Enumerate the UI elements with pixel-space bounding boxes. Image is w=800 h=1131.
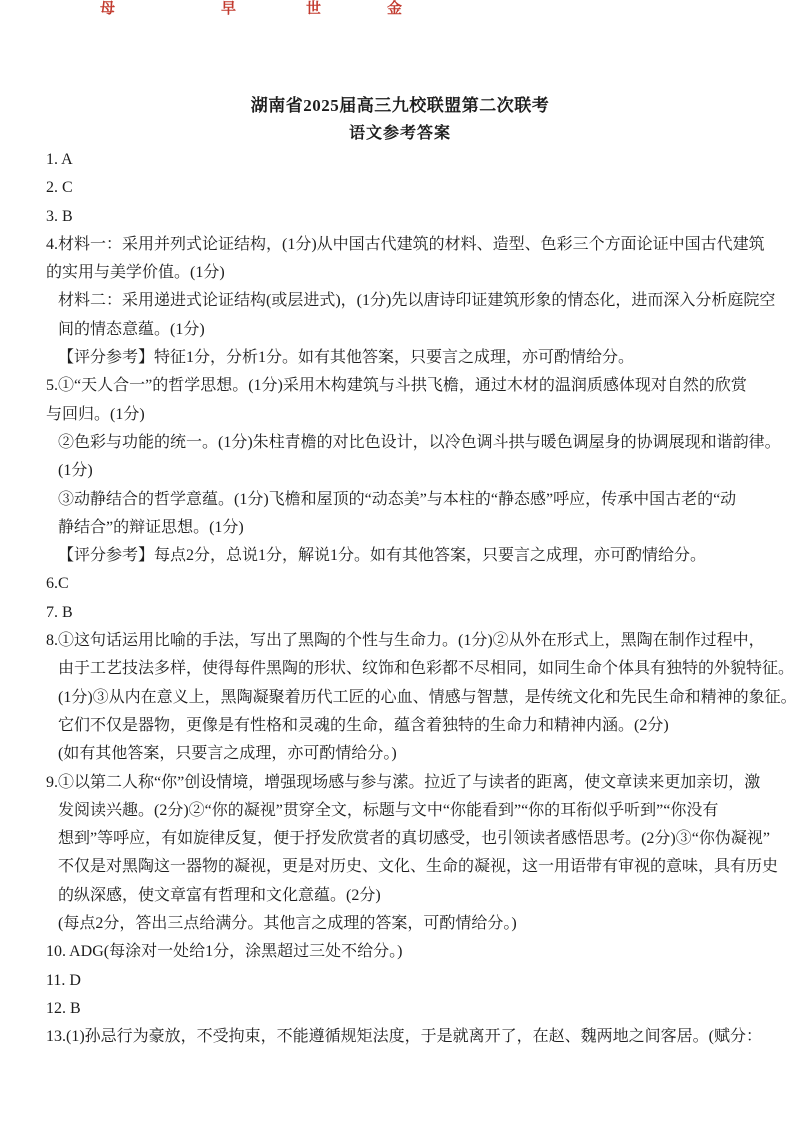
answer-body: 1. A2. C3. B4.材料一：采用并列式论证结构，(1分)从中国古代建筑的… bbox=[0, 146, 800, 1052]
document-page: 母早世金 湖南省2025届高三九校联盟第二次联考 语文参考答案 1. A2. C… bbox=[0, 0, 800, 1131]
answer-line: (1分) bbox=[0, 457, 800, 485]
answer-line: 的纵深感，使文章富有哲理和文化意蕴。(2分) bbox=[0, 882, 800, 910]
answer-line: 8.①这句话运用比喻的手法，写出了黑陶的个性与生命力。(1分)②从外在形式上，黑… bbox=[0, 627, 800, 655]
answer-line: 想到”等呼应，有如旋律反复，便于抒发欣赏者的真切感受，也引领读者感悟思考。(2分… bbox=[0, 825, 800, 853]
document-title: 湖南省2025届高三九校联盟第二次联考 bbox=[0, 93, 800, 119]
answer-line: (每点2分，答出三点给满分。其他言之成理的答案，可酌情给分。) bbox=[0, 910, 800, 938]
answer-line: 静结合”的辩证思想。(1分) bbox=[0, 514, 800, 542]
answer-line: 1. A bbox=[0, 146, 800, 174]
answer-line: 【评分参考】特征1分，分析1分。如有其他答案，只要言之成理，亦可酌情给分。 bbox=[0, 344, 800, 372]
answer-line: 6.C bbox=[0, 570, 800, 598]
answer-line: 的实用与美学价值。(1分) bbox=[0, 259, 800, 287]
answer-line: 4.材料一：采用并列式论证结构，(1分)从中国古代建筑的材料、造型、色彩三个方面… bbox=[0, 231, 800, 259]
answer-line: 间的情态意蕴。(1分) bbox=[0, 316, 800, 344]
answer-line: 13.(1)孙忌行为豪放，不受拘束，不能遵循规矩法度，于是就离开了，在赵、魏两地… bbox=[0, 1023, 800, 1051]
answer-line: 【评分参考】每点2分，总说1分，解说1分。如有其他答案，只要言之成理，亦可酌情给… bbox=[0, 542, 800, 570]
answer-line: 由于工艺技法多样，使得每件黑陶的形状、纹饰和色彩都不尽相同，如同生命个体具有独特… bbox=[0, 655, 800, 683]
document-subtitle: 语文参考答案 bbox=[0, 121, 800, 147]
answer-line: (1分)③从内在意义上，黑陶凝聚着历代工匠的心血、情感与智慧，是传统文化和先民生… bbox=[0, 684, 800, 712]
answer-line: (如有其他答案，只要言之成理，亦可酌情给分。) bbox=[0, 740, 800, 768]
answer-line: ②色彩与功能的统一。(1分)朱柱青檐的对比色设计，以冷色调斗拱与暖色调屋身的协调… bbox=[0, 429, 800, 457]
answer-line: 11. D bbox=[0, 967, 800, 995]
answer-line: 它们不仅是器物，更像是有性格和灵魂的生命，蕴含着独特的生命力和精神内涵。(2分) bbox=[0, 712, 800, 740]
answer-line: 3. B bbox=[0, 203, 800, 231]
answer-line: 发阅读兴趣。(2分)②“你的凝视”贯穿全文，标题与文中“你能看到”“你的耳衔似乎… bbox=[0, 797, 800, 825]
answer-line: 材料二：采用递进式论证结构(或层进式)，(1分)先以唐诗印证建筑形象的情态化，进… bbox=[0, 287, 800, 315]
answer-line: 不仅是对黑陶这一器物的凝视，更是对历史、文化、生命的凝视，这一用语带有审视的意味… bbox=[0, 853, 800, 881]
red-stamp-mark: 早 bbox=[221, 1, 236, 17]
red-stamp-row: 母早世金 bbox=[0, 0, 800, 22]
answer-line: 9.①以第二人称“你”创设情境，增强现场感与参与潆。拉近了与读者的距离，使文章读… bbox=[0, 769, 800, 797]
answer-line: 10. ADG(每涂对一处给1分，涂黑超过三处不给分。) bbox=[0, 938, 800, 966]
red-stamp-mark: 金 bbox=[387, 1, 402, 17]
red-stamp-mark: 母 bbox=[100, 1, 115, 17]
answer-line: 7. B bbox=[0, 599, 800, 627]
answer-line: 2. C bbox=[0, 174, 800, 202]
answer-line: 12. B bbox=[0, 995, 800, 1023]
answer-line: ③动静结合的哲学意蕴。(1分)飞檐和屋顶的“动态美”与本柱的“静态感”呼应，传承… bbox=[0, 486, 800, 514]
red-stamp-mark: 世 bbox=[306, 1, 321, 17]
answer-line: 与回归。(1分) bbox=[0, 401, 800, 429]
answer-line: 5.①“天人合一”的哲学思想。(1分)采用木构建筑与斗拱飞檐，通过木材的温润质感… bbox=[0, 372, 800, 400]
